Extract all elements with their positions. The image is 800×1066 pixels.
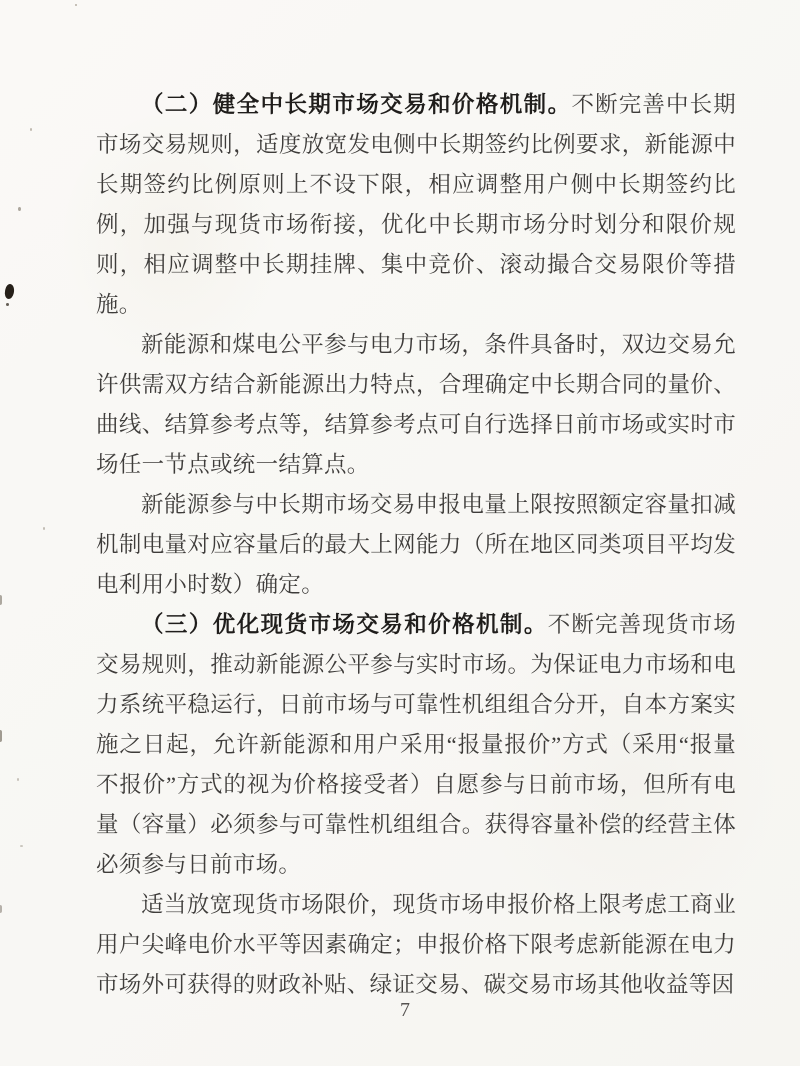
ink-speck bbox=[43, 527, 45, 530]
ink-speck bbox=[6, 303, 9, 306]
paragraph: （二）健全中长期市场交易和价格机制。不断完善中长期市场交易规则，适度放宽发电侧中… bbox=[96, 85, 736, 325]
paragraph: 新能源和煤电公平参与电力市场，条件具备时，双边交易允许供需双方结合新能源出力特点… bbox=[96, 325, 736, 485]
ink-speck bbox=[17, 778, 19, 781]
paragraph-text: 不断完善现货市场交易规则，推动新能源公平参与实时市场。为保证电力市场和电力系统平… bbox=[96, 612, 736, 877]
ink-speck bbox=[20, 845, 23, 847]
paper-edge-mark bbox=[0, 905, 2, 913]
paragraph-text: 新能源参与中长期市场交易申报电量上限按照额定容量扣减机制电量对应容量后的最大上网… bbox=[96, 492, 736, 597]
paragraph: 新能源参与中长期市场交易申报电量上限按照额定容量扣减机制电量对应容量后的最大上网… bbox=[96, 485, 736, 605]
ink-blot bbox=[4, 283, 16, 300]
paragraph: 适当放宽现货市场限价，现货市场申报价格上限考虑工商业用户尖峰电价水平等因素确定；… bbox=[96, 885, 736, 1005]
document-text-block: （二）健全中长期市场交易和价格机制。不断完善中长期市场交易规则，适度放宽发电侧中… bbox=[96, 85, 736, 1005]
document-page: （二）健全中长期市场交易和价格机制。不断完善中长期市场交易规则，适度放宽发电侧中… bbox=[0, 0, 800, 1066]
ink-speck bbox=[18, 207, 21, 211]
ink-speck bbox=[30, 128, 32, 131]
paragraph-text: 不断完善中长期市场交易规则，适度放宽发电侧中长期签约比例要求，新能源中长期签约比… bbox=[96, 92, 736, 317]
paragraph-text: 新能源和煤电公平参与电力市场，条件具备时，双边交易允许供需双方结合新能源出力特点… bbox=[96, 332, 736, 477]
paper-edge-mark bbox=[0, 595, 2, 605]
paragraph-text: 适当放宽现货市场限价，现货市场申报价格上限考虑工商业用户尖峰电价水平等因素确定；… bbox=[96, 892, 736, 997]
paragraph-heading: （二）健全中长期市场交易和价格机制。 bbox=[141, 92, 571, 117]
paragraph-heading: （三）优化现货市场交易和价格机制。 bbox=[141, 612, 548, 637]
paper-edge-mark bbox=[0, 730, 2, 742]
page-number: 7 bbox=[5, 998, 800, 1022]
ink-speck bbox=[75, 4, 77, 6]
paragraph: （三）优化现货市场交易和价格机制。不断完善现货市场交易规则，推动新能源公平参与实… bbox=[96, 605, 736, 885]
